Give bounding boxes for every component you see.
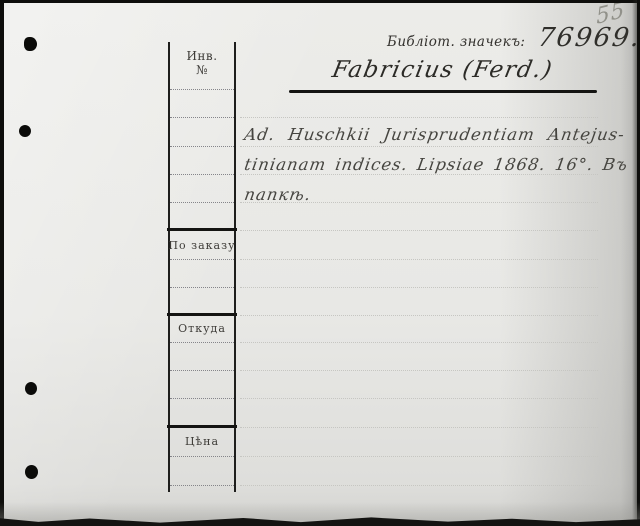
author-heading: Fabricius (Ferd.) xyxy=(330,57,555,83)
column-rule xyxy=(170,456,234,457)
label-inventory-no-line2: № xyxy=(168,63,236,77)
label-by-order: По заказу xyxy=(168,239,236,252)
column-rule xyxy=(170,174,234,175)
writing-rule xyxy=(240,427,598,428)
punch-hole-dot xyxy=(25,465,38,479)
column-rule xyxy=(170,146,234,147)
author-heading-underline xyxy=(289,90,597,93)
writing-rule xyxy=(240,370,598,371)
section-divider-line xyxy=(167,313,237,316)
writing-rule xyxy=(240,287,598,288)
writing-rule xyxy=(240,174,598,175)
writing-rule xyxy=(240,485,598,486)
entry-text-line1: Ad. Huschkii Jurisprudentiam Antejus- xyxy=(243,125,626,144)
column-rule xyxy=(170,117,234,118)
column-rule xyxy=(170,89,234,90)
column-rule xyxy=(170,259,234,260)
writing-rule xyxy=(240,117,598,118)
library-mark-number: 76969. xyxy=(536,23,640,53)
library-mark-label: Библіот. значекъ: xyxy=(387,34,525,50)
punch-hole-dot xyxy=(25,382,37,395)
column-rule xyxy=(170,398,234,399)
column-rule xyxy=(170,202,234,203)
writing-rule xyxy=(240,259,598,260)
section-divider-line xyxy=(167,228,237,231)
label-whence: Откуда xyxy=(168,322,236,335)
writing-rule xyxy=(240,315,598,316)
punch-hole-dot xyxy=(24,37,37,51)
entry-text-line3: папкѣ. xyxy=(243,185,313,204)
writing-rule xyxy=(240,342,598,343)
scan-edge-left xyxy=(0,0,4,526)
scan-edge-top xyxy=(0,0,640,3)
punch-hole-dot xyxy=(19,125,31,137)
label-price: Цѣна xyxy=(168,435,236,448)
catalog-card-scan: Инв. № По заказу Откуда Цѣна Библіот. зн… xyxy=(0,0,640,526)
label-inventory-no-line1: Инв. xyxy=(168,49,236,63)
writing-rule xyxy=(240,398,598,399)
writing-rule xyxy=(240,230,598,231)
column-rule xyxy=(170,485,234,486)
column-rule xyxy=(170,287,234,288)
section-divider-line xyxy=(167,425,237,428)
column-rule xyxy=(170,370,234,371)
entry-text-line2: tinianam indices. Lipsiae 1868. 16°. Въ xyxy=(243,155,629,174)
writing-rule xyxy=(240,146,598,147)
writing-rule xyxy=(240,456,598,457)
column-rule xyxy=(170,342,234,343)
